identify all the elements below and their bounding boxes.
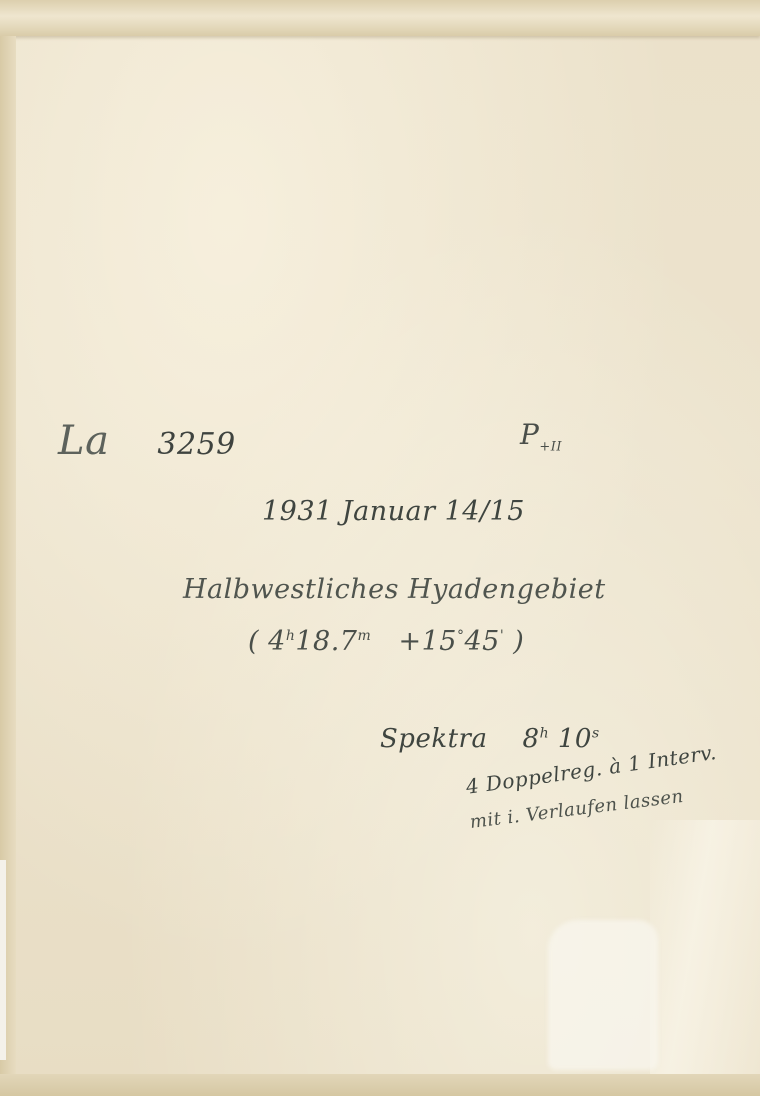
left-inner-sheet-edge xyxy=(0,860,6,1060)
plate-mark-main: P xyxy=(520,418,539,451)
top-folded-edge xyxy=(0,0,760,36)
plate-mark: P+II xyxy=(520,418,562,455)
crinkled-corner xyxy=(650,820,760,1096)
ra-hours: 4 xyxy=(268,626,286,657)
spectra-label: Spektra xyxy=(380,724,487,754)
coordinates: ( 4h18.7m +15°45' ) xyxy=(248,626,524,657)
sky-region: Halbwestliches Hyadengebiet xyxy=(183,574,606,605)
ra-minutes: 18.7 xyxy=(295,626,357,657)
dec-degrees: +15 xyxy=(399,626,457,657)
bottom-paper-edge xyxy=(0,1074,760,1096)
observation-date: 1931 Januar 14/15 xyxy=(262,496,525,527)
white-patch xyxy=(548,920,658,1070)
catalog-number: La3259 xyxy=(58,418,236,464)
catalog-value: 3259 xyxy=(157,427,235,462)
spectra-hours: 8 xyxy=(523,724,540,754)
spectra-minutes: 10 xyxy=(558,724,592,754)
catalog-prefix: La xyxy=(58,418,109,464)
plate-mark-sub: +II xyxy=(539,440,562,455)
dec-minutes: 45 xyxy=(464,626,499,657)
spectra-line: Spektra 8h 10s xyxy=(380,724,600,754)
